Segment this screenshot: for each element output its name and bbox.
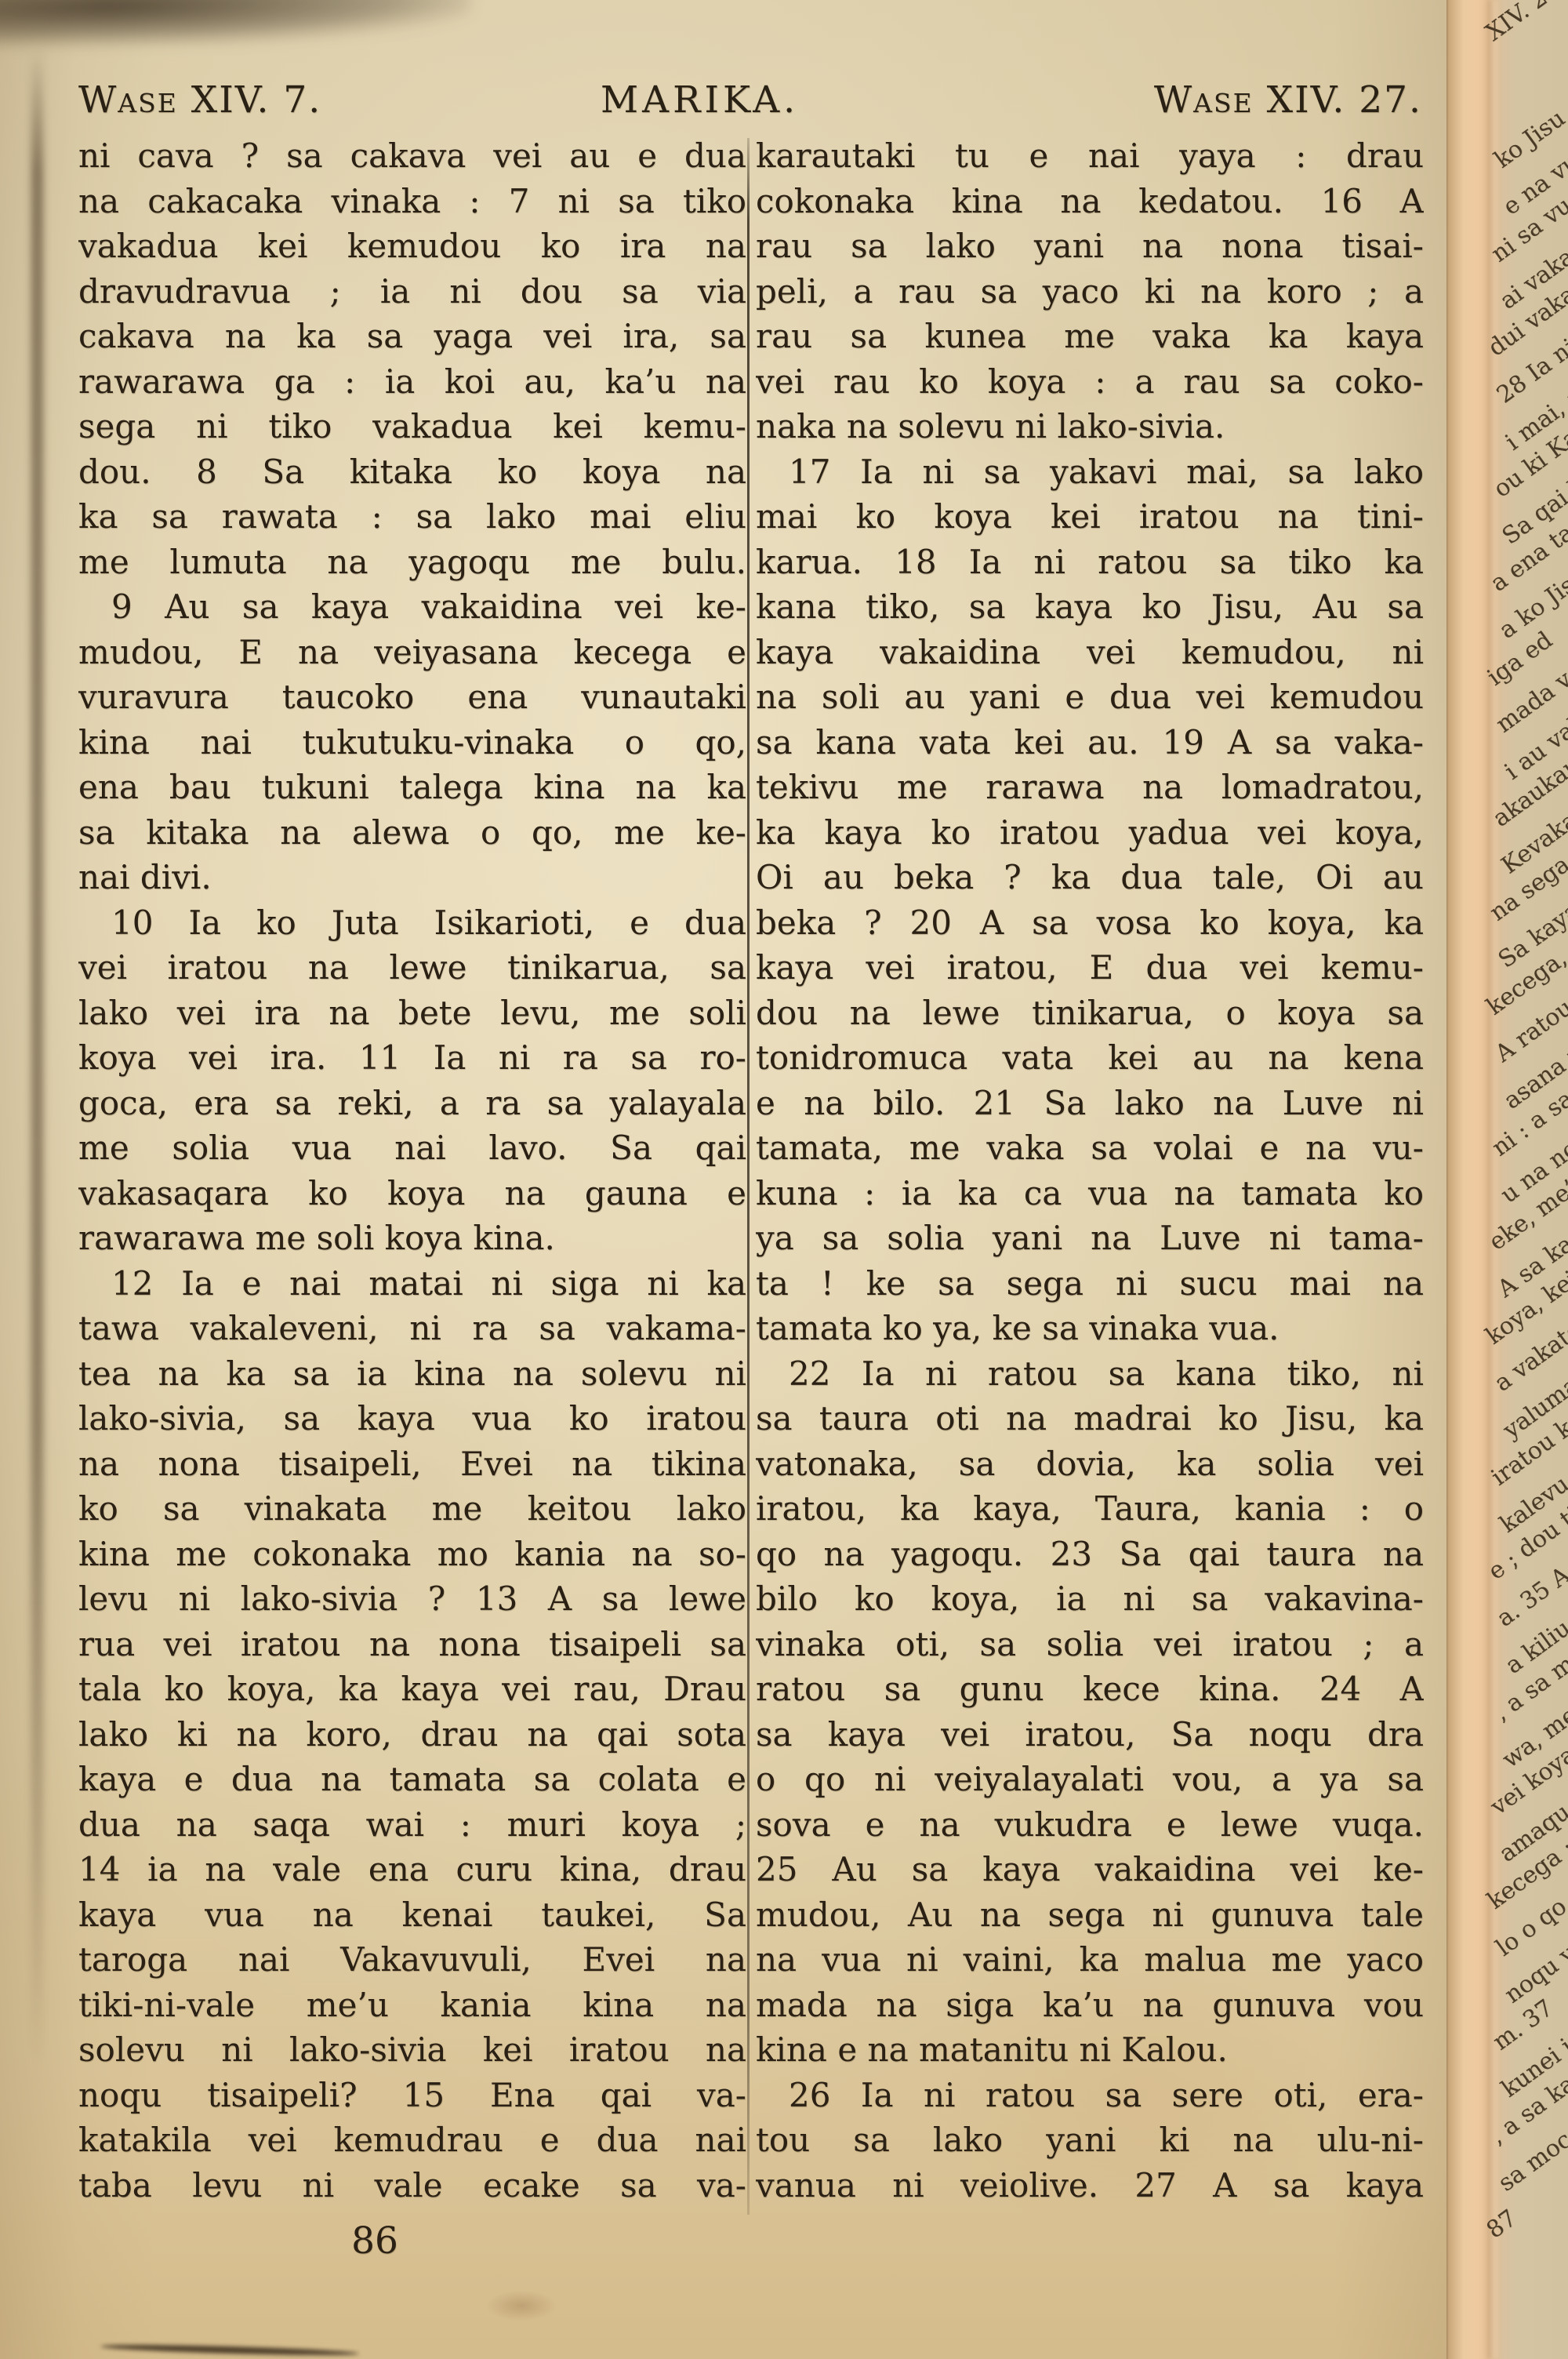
text-line: bilo ko koya, ia ni sa vakavina- xyxy=(756,1576,1424,1622)
adjacent-page-curled-edge: XIV. 28.ko Jisue na vukni sa vuai vakata… xyxy=(1446,0,1568,2359)
text-line: 9 Au sa kaya vakaidina vei ke- xyxy=(78,584,746,630)
text-line: me solia vua nai lavo. Sa qai xyxy=(78,1125,746,1171)
text-line: mudou, Au na sega ni gunuva tale xyxy=(756,1892,1424,1938)
text-line: noqu tisaipeli? 15 Ena qai va- xyxy=(78,2073,746,2118)
text-line: koya vei ira. 11 Ia ni ra sa ro- xyxy=(78,1035,746,1081)
text-line: mada na siga ka’u na gunuva vou xyxy=(756,1983,1424,2028)
text-line: na nona tisaipeli, Evei na tikina xyxy=(78,1441,746,1487)
text-line: rau sa kunea me vaka ka kaya xyxy=(756,314,1424,359)
text-line: sega ni tiko vakadua kei kemu- xyxy=(78,404,746,449)
text-line: mudou, E na veiyasana kecega e xyxy=(78,630,746,675)
text-line: vinaka oti, sa solia vei iratou ; a xyxy=(756,1622,1424,1667)
text-line: lako vei ira na bete levu, me soli xyxy=(78,990,746,1036)
text-line: vei rau ko koya : a rau sa coko- xyxy=(756,359,1424,405)
running-head-right: Wase XIV. 27. xyxy=(1154,78,1422,125)
text-line: qo na yagoqu. 23 Sa qai taura na xyxy=(756,1532,1424,1577)
text-line: tekivu me rarawa na lomadratou, xyxy=(756,765,1424,810)
text-line: 26 Ia ni ratou sa sere oti, era- xyxy=(756,2073,1424,2118)
text-line: ka sa rawata : sa lako mai eliu xyxy=(78,494,746,540)
text-line: lako ki na koro, drau na qai sota xyxy=(78,1712,746,1757)
book-page: Wase XIV. 7. MARIKA. Wase XIV. 27. ni ca… xyxy=(0,0,1568,2359)
text-line: kaya e dua na tamata sa colata e xyxy=(78,1757,746,1802)
text-line: sova e na vukudra e lewe vuqa. xyxy=(756,1802,1424,1848)
left-text-column: ni cava ? sa cakava vei au e duana cakac… xyxy=(78,133,746,2208)
text-line: kina e na matanitu ni Kalou. xyxy=(756,2027,1424,2073)
text-line: ya sa solia yani na Luve ni tama- xyxy=(756,1216,1424,1261)
text-line: ni cava ? sa cakava vei au e dua xyxy=(78,133,746,179)
text-line: rawarawa me soli koya kina. xyxy=(78,1216,746,1261)
text-line: tamata ko ya, ke sa vinaka vua. xyxy=(756,1306,1424,1351)
text-line: sa kitaka na alewa o qo, me ke- xyxy=(78,810,746,856)
text-line: ka kaya ko iratou yadua vei koya, xyxy=(756,810,1424,856)
text-line: 25 Au sa kaya vakaidina vei ke- xyxy=(756,1847,1424,1892)
text-line: 10 Ia ko Juta Isikarioti, e dua xyxy=(78,900,746,946)
text-line: peli, a rau sa yaco ki na koro ; a xyxy=(756,269,1424,314)
text-line: kaya vei iratou, E dua vei kemu- xyxy=(756,945,1424,990)
text-line: vakasaqara ko koya na gauna e xyxy=(78,1171,746,1216)
text-line: sa kana vata kei au. 19 A sa vaka- xyxy=(756,720,1424,765)
text-line: dravudravua ; ia ni dou sa via xyxy=(78,269,746,314)
text-line: mai ko koya kei iratou na tini- xyxy=(756,494,1424,540)
text-line: o qo ni veiyalayalati vou, a ya sa xyxy=(756,1757,1424,1802)
text-line: tawa vakaleveni, ni ra sa vakama- xyxy=(78,1306,746,1351)
text-line: kina me cokonaka mo kania na so- xyxy=(78,1532,746,1577)
text-line: tea na ka sa ia kina na solevu ni xyxy=(78,1351,746,1397)
text-line: ena bau tukuni talega kina na ka xyxy=(78,765,746,810)
text-line: beka ? 20 A sa vosa ko koya, ka xyxy=(756,900,1424,946)
text-line: kaya vakaidina vei kemudou, ni xyxy=(756,630,1424,675)
text-line: 17 Ia ni sa yakavi mai, sa lako xyxy=(756,449,1424,495)
text-line: me lumuta na yagoqu me bulu. xyxy=(78,540,746,585)
text-line: na vua ni vaini, ka malua me yaco xyxy=(756,1937,1424,1983)
text-line: ko sa vinakata me keitou lako xyxy=(78,1486,746,1532)
text-line: tou sa lako yani ki na ulu-ni- xyxy=(756,2117,1424,2163)
text-line: vuravura taucoko ena vunautaki xyxy=(78,674,746,720)
text-line: solevu ni lako-sivia kei iratou na xyxy=(78,2027,746,2073)
text-line: tala ko koya, ka kaya vei rau, Drau xyxy=(78,1667,746,1712)
text-line: ta ! ke sa sega ni sucu mai na xyxy=(756,1261,1424,1307)
text-line: 14 ia na vale ena curu kina, drau xyxy=(78,1847,746,1892)
text-line: cokonaka kina na kedatou. 16 A xyxy=(756,179,1424,224)
top-edge-shadow xyxy=(0,0,471,47)
text-line: vakadua kei kemudou ko ira na xyxy=(78,224,746,269)
text-line: karautaki tu e nai yaya : drau xyxy=(756,133,1424,179)
text-line: dou. 8 Sa kitaka ko koya na xyxy=(78,449,746,495)
text-line: iratou, ka kaya, Taura, kania : o xyxy=(756,1486,1424,1532)
text-line: taroga nai Vakavuvuli, Evei na xyxy=(78,1937,746,1983)
text-line: ratou sa gunu kece kina. 24 A xyxy=(756,1667,1424,1712)
bottom-edge-shadow xyxy=(100,2343,359,2357)
gutter-shadow-line xyxy=(31,50,43,2066)
text-line: 12 Ia e nai matai ni siga ni ka xyxy=(78,1261,746,1307)
scanned-book-photo: { "page": { "header": { "left": "Wase XI… xyxy=(0,0,1568,2359)
text-line: naka na solevu ni lako-sivia. xyxy=(756,404,1424,449)
text-line: cakava na ka sa yaga vei ira, sa xyxy=(78,314,746,359)
right-text-column: karautaki tu e nai yaya : draucokonaka k… xyxy=(756,133,1424,2208)
text-line: tamata, me vaka sa volai e na vu- xyxy=(756,1125,1424,1171)
text-line: rawarawa ga : ia koi au, ka’u na xyxy=(78,359,746,405)
text-line: sa kaya vei iratou, Sa noqu dra xyxy=(756,1712,1424,1757)
text-line: e na bilo. 21 Sa lako na Luve ni xyxy=(756,1081,1424,1126)
text-line: Oi au beka ? ka dua tale, Oi au xyxy=(756,855,1424,900)
text-line: tiki-ni-vale me’u kania kina na xyxy=(78,1983,746,2028)
text-line: kina nai tukutuku-vinaka o qo, xyxy=(78,720,746,765)
text-line: nai divi. xyxy=(78,855,746,900)
running-head-title: MARIKA. xyxy=(601,78,799,125)
text-line: kuna : ia ka ca vua na tamata ko xyxy=(756,1171,1424,1216)
running-head-left: Wase XIV. 7. xyxy=(78,78,321,125)
text-line: lako-sivia, sa kaya vua ko iratou xyxy=(78,1396,746,1441)
text-line: na soli au yani e dua vei kemudou xyxy=(756,674,1424,720)
text-line: vatonaka, sa dovia, ka solia vei xyxy=(756,1441,1424,1487)
text-line: 22 Ia ni ratou sa kana tiko, ni xyxy=(756,1351,1424,1397)
text-line: levu ni lako-sivia ? 13 A sa lewe xyxy=(78,1576,746,1622)
text-line: vei iratou na lewe tinikarua, sa xyxy=(78,945,746,990)
column-divider-rule xyxy=(747,138,750,2215)
text-line: goca, era sa reki, a ra sa yalayala xyxy=(78,1081,746,1126)
text-line: na cakacaka vinaka : 7 ni sa tiko xyxy=(78,179,746,224)
text-line: rau sa lako yani na nona tisai- xyxy=(756,224,1424,269)
text-line: dua na saqa wai : muri koya ; xyxy=(78,1802,746,1848)
text-line: tonidromuca vata kei au na kena xyxy=(756,1035,1424,1081)
text-line: katakila vei kemudrau e dua nai xyxy=(78,2117,746,2163)
text-line: vanua ni veiolive. 27 A sa kaya xyxy=(756,2163,1424,2208)
page-number: 86 xyxy=(320,2219,430,2263)
text-line: kaya vua na kenai taukei, Sa xyxy=(78,1892,746,1938)
text-line: rua vei iratou na nona tisaipeli sa xyxy=(78,1622,746,1667)
text-line: taba levu ni vale ecake sa va- xyxy=(78,2163,746,2208)
text-line: karua. 18 Ia ni ratou sa tiko ka xyxy=(756,540,1424,585)
text-line: kana tiko, sa kaya ko Jisu, Au sa xyxy=(756,584,1424,630)
paper-stain xyxy=(486,2290,557,2321)
text-line: dou na lewe tinikarua, o koya sa xyxy=(756,990,1424,1036)
text-line: sa taura oti na madrai ko Jisu, ka xyxy=(756,1396,1424,1441)
